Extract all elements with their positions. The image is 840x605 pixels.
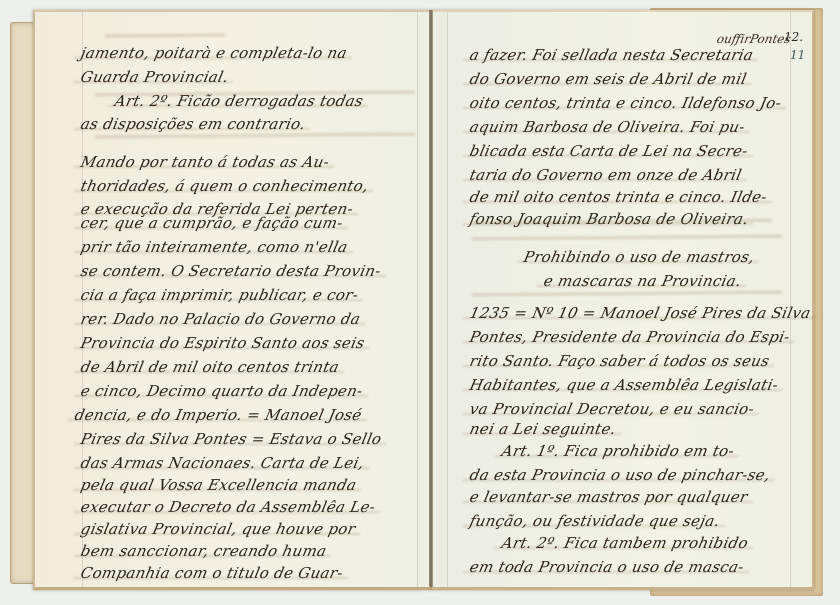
bleed-through-mark <box>472 235 782 241</box>
manuscript-line: gislativa Provincial, que houve por <box>79 520 357 538</box>
manuscript-line: e levantar-se mastros por qualquer <box>468 488 749 506</box>
manuscript-line: rito Santo. Faço saber á todos os seus <box>468 352 771 370</box>
manuscript-line: as disposições em contrario. <box>79 115 307 133</box>
manuscript-line: Guarda Provincial. <box>79 68 230 86</box>
manuscript-line: taria do Governo em onze de Abril <box>468 166 743 184</box>
manuscript-line: função, ou festividade que seja. <box>468 512 722 530</box>
bleed-through-mark <box>105 33 225 37</box>
manuscript-line: Art. 1º. Fica prohibido em to- <box>500 442 736 460</box>
bleed-through-mark <box>472 291 782 297</box>
section-heading: Prohibindo o uso de mastros, <box>522 248 756 266</box>
manuscript-line: se contem. O Secretario desta Provin- <box>79 262 383 280</box>
manuscript-line: a fazer. Foi sellada nesta Secretaria <box>468 46 755 64</box>
manuscript-line: cia a faça imprimir, publicar, e cor- <box>79 286 360 304</box>
manuscript-line: nei a Lei seguinte. <box>468 420 618 438</box>
corner-annotation: ouffirPontes <box>716 32 793 46</box>
margin-rule <box>447 12 448 587</box>
book-spine-gutter <box>429 10 433 587</box>
manuscript-line: aquim Barbosa de Oliveira. Foi pu- <box>468 118 747 136</box>
manuscript-line: em toda Provincia o uso de masca- <box>468 558 746 576</box>
right-page: ouffirPontes 12. 11 a fazer. Foi sellada… <box>432 10 814 590</box>
manuscript-line: das Armas Nacionaes. Carta de Lei, <box>79 454 366 472</box>
manuscript-line: de mil oito centos trinta e cinco. Ilde- <box>468 188 769 206</box>
manuscript-line: Pontes, Presidente da Provincia do Espi- <box>468 328 792 346</box>
manuscript-line: bem sanccionar, creando huma <box>79 542 328 560</box>
manuscript-line: oito centos, trinta e cinco. Ildefonso J… <box>468 94 783 112</box>
manuscript-line: Art. 2º. Fica tambem prohibido <box>500 534 750 552</box>
page-number: 12. <box>784 30 803 44</box>
manuscript-line: Habitantes, que a Assemblêa Legislati- <box>468 376 780 394</box>
margin-rule <box>417 12 418 587</box>
manuscript-line: rer. Dado no Palacio do Governo da <box>79 310 362 328</box>
manuscript-line: dencia, e do Imperio. = Manoel José <box>73 406 363 424</box>
left-page: jamento, poitarà e completa-lo na Guarda… <box>33 10 433 590</box>
margin-rule <box>790 12 791 587</box>
manuscript-line: de Abril de mil oito centos trinta <box>79 358 341 376</box>
manuscript-line: pela qual Vossa Excellencia manda <box>79 476 358 494</box>
manuscript-line: prir tão inteiramente, como n'ella <box>79 238 349 256</box>
manuscript-line: Pires da Silva Pontes = Estava o Sello <box>79 430 383 448</box>
manuscript-line: thoridades, á quem o conhecimento, <box>79 177 370 195</box>
manuscript-line: cer, que a cumprão, e fação cum- <box>79 214 345 232</box>
manuscript-line: va Provincial Decretou, e eu sancio- <box>468 400 756 418</box>
bleed-through-mark <box>95 133 415 139</box>
manuscript-line: Art. 2º. Ficão derrogadas todas <box>113 92 365 110</box>
manuscript-line: Companhia com o titulo de Guar- <box>79 564 345 582</box>
manuscript-line: e cinco, Decimo quarto da Indepen- <box>79 382 364 400</box>
manuscript-line: Mando por tanto á todas as Au- <box>79 153 331 171</box>
manuscript-line: jamento, poitarà e completa-lo na <box>79 44 349 62</box>
manuscript-line: da esta Provincia o uso de pinchar-se, <box>468 466 772 484</box>
manuscript-line: executar o Decreto da Assemblêa Le- <box>79 498 377 516</box>
manuscript-line: Provincia do Espirito Santo aos seis <box>79 334 366 352</box>
manuscript-line: 1235 = Nº 10 = Manoel José Pires da Silv… <box>468 304 812 322</box>
folio-mark: 11 <box>790 48 805 62</box>
manuscript-line: blicada esta Carta de Lei na Secre- <box>468 142 750 160</box>
section-heading: e mascaras na Provincia. <box>542 272 743 290</box>
manuscript-line: do Governo em seis de Abril de mil <box>468 70 748 88</box>
